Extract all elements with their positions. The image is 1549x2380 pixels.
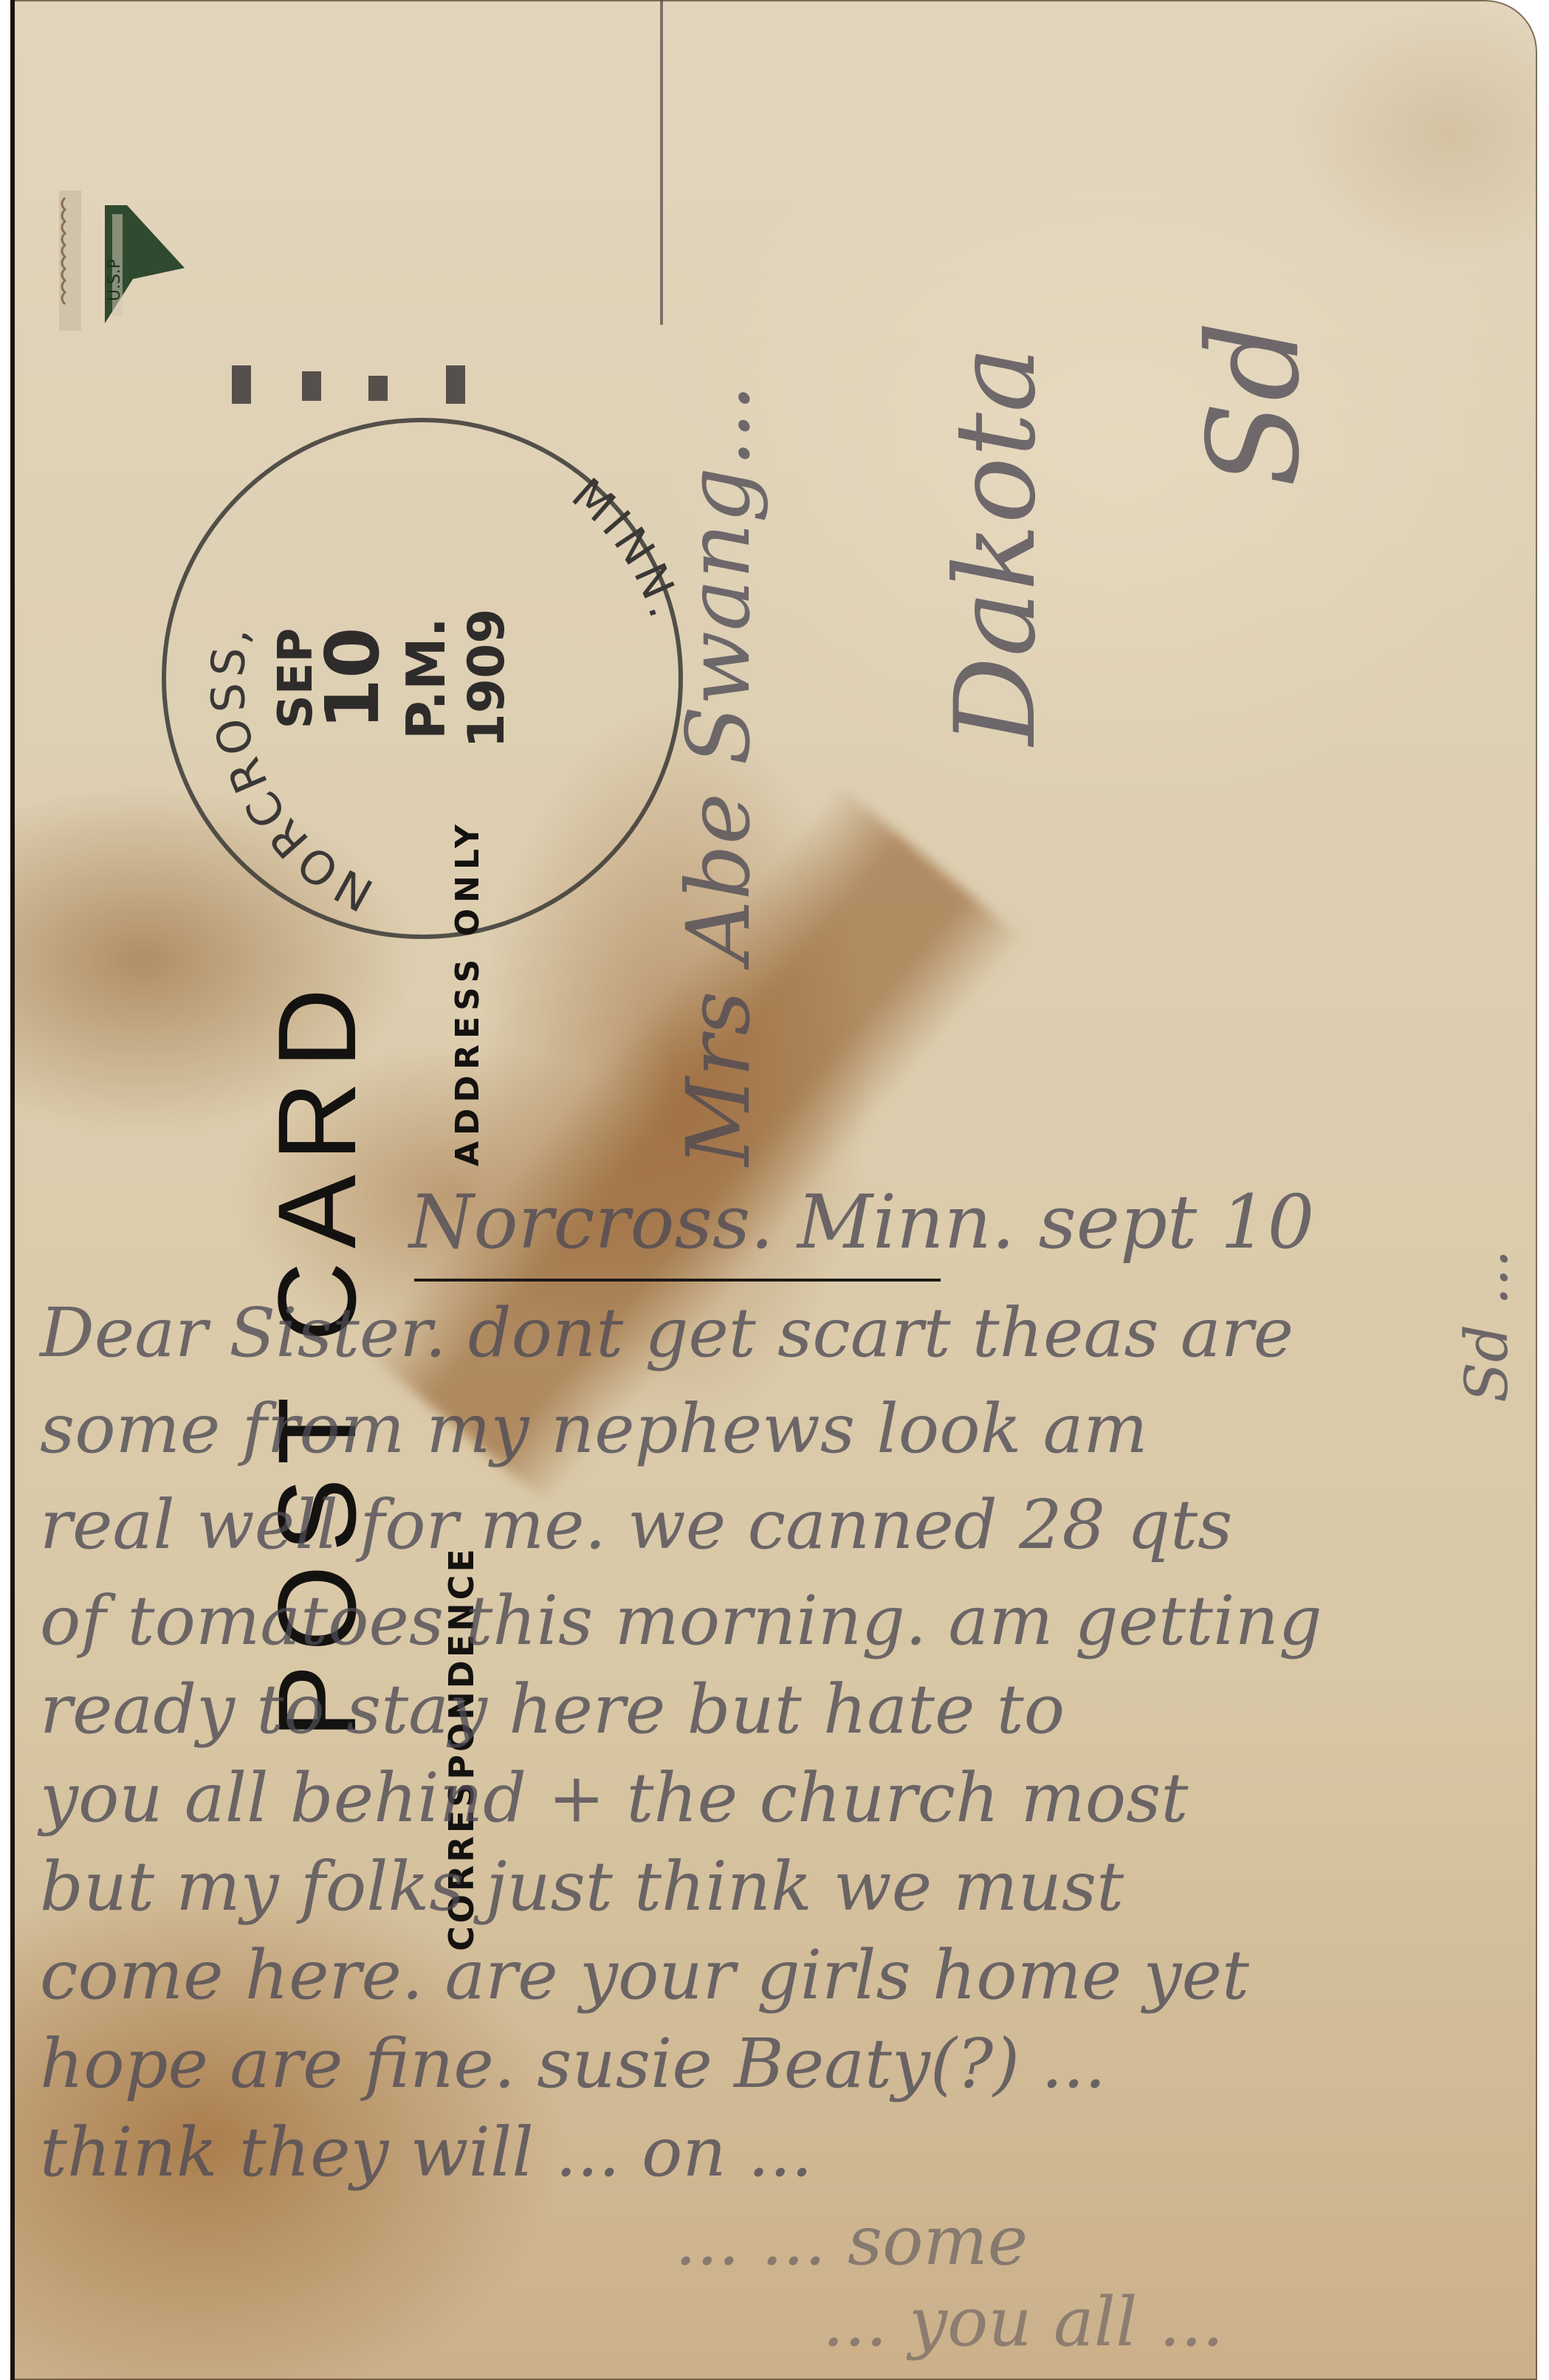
letter-line: ... ... some (675, 2207, 1028, 2275)
address-only-label: ADDRESS ONLY (452, 819, 484, 1166)
postage-stamp-icon: U.S.P (59, 190, 199, 331)
letter-line: ... you all ... (822, 2288, 1224, 2356)
postmark-time: P.M. (395, 617, 457, 740)
letter-line: but my folks just think we must (40, 1853, 1124, 1921)
letter-line: of tomatoes this morning. am getting (40, 1587, 1322, 1655)
letter-line: come here. are your girls home yet (40, 1942, 1249, 2009)
letter-line: hope are fine. susie Beaty(?) ... (40, 2030, 1106, 2098)
letter-line: ready to stay here but hate to (40, 1676, 1065, 1744)
letter-line: real well for me. we canned 28 qts (40, 1491, 1232, 1559)
letter-line: Dear Sister. dont get scart theas are (40, 1299, 1294, 1367)
postmark: NORCROSS, MINN. SEP 10 P.M. 1909 (155, 411, 690, 946)
address-line-2: Dakota (941, 346, 1051, 746)
postmark-year: 1909 (458, 608, 516, 748)
letter-line: you all behind + the church most (40, 1764, 1188, 1832)
postmark-day: 10 (309, 627, 396, 729)
letter-heading: Norcross. Minn. sept 10 (409, 1189, 1314, 1256)
letter-line: some from my nephews look am (40, 1395, 1148, 1463)
address-margin-line (660, 0, 663, 325)
stamp-text: U.S.P (106, 259, 124, 301)
address-side-note: Sd ... (1457, 1249, 1517, 1403)
heading-divider-line (414, 1279, 941, 1282)
cancellation-bars (232, 365, 468, 406)
letter-line: think they will ... on ... (40, 2119, 813, 2187)
postcard: U.S.P NORCROSS, MINN. SEP 10 P.M. 1909 P… (10, 0, 1537, 2380)
address-line-1: Mrs Abe Swang... (675, 384, 762, 1166)
address-line-3: Sd (1192, 321, 1317, 487)
